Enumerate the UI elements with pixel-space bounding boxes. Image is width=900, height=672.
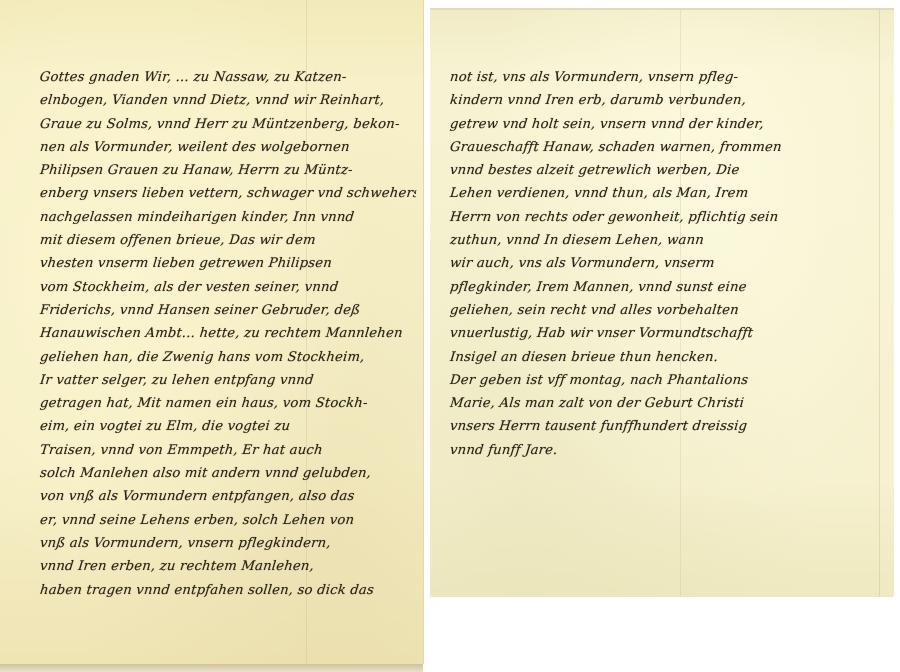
text-line: Insigel an diesen brieue thun hencken. xyxy=(449,346,881,369)
text-line: haben tragen vnnd entpfahen sollen, so d… xyxy=(39,579,417,602)
handwritten-text-block: Von Gottes gnaden Wir, ... zu Nassaw, zu… xyxy=(40,66,416,602)
text-line: solch Manlehen also mit andern vnnd gelu… xyxy=(39,462,417,485)
text-line: Graueschafft Hanaw, schaden warnen, from… xyxy=(449,136,881,159)
text-line: vnsers Herrn tausent funffhundert dreiss… xyxy=(449,415,881,438)
text-line: Herrn von rechts oder gewonheit, pflicht… xyxy=(449,206,881,229)
manuscript-page-right: not ist, vns als Vormundern, vnsern pfle… xyxy=(430,8,894,597)
text-line: vnnd funff Jare. xyxy=(449,439,881,462)
text-line: Lehen verdienen, vnnd thun, als Man, Ire… xyxy=(449,182,881,205)
text-line: zuthun, vnnd In diesem Lehen, wann xyxy=(449,229,881,252)
text-line: Ir vatter selger, zu lehen entpfang vnnd xyxy=(39,369,417,392)
text-line: nen als Vormunder, weilent des wolgeborn… xyxy=(39,136,417,159)
text-line: Graue zu Solms, vnnd Herr zu Müntzenberg… xyxy=(39,113,417,136)
text-line: mit diesem offenen brieue, Das wir dem xyxy=(39,229,417,252)
text-line: enberg vnsers lieben vettern, schwager v… xyxy=(39,182,417,205)
text-line: kindern vnnd Iren erb, darumb verbunden, xyxy=(449,89,881,112)
text-line: nachgelassen mindeiharigen kinder, Inn v… xyxy=(39,206,417,229)
text-line: Philipsen Grauen zu Hanaw, Herrn zu Münt… xyxy=(39,159,417,182)
text-line: vnß als Vormundern, vnsern pflegkindern, xyxy=(39,532,417,555)
text-line: eim, ein vogtei zu Elm, die vogtei zu xyxy=(39,415,417,438)
text-line: Marie, Als man zalt von der Geburt Chris… xyxy=(449,392,881,415)
handwritten-text-block: not ist, vns als Vormundern, vnsern pfle… xyxy=(450,66,880,462)
text-line: vnnd bestes alzeit getrewlich werben, Di… xyxy=(449,159,881,182)
text-line: Hanauwischen Ambt... hette, zu rechtem M… xyxy=(39,322,417,345)
text-line: vom Stockheim, als der vesten seiner, vn… xyxy=(39,276,417,299)
text-line: elnbogen, Vianden vnnd Dietz, vnnd wir R… xyxy=(39,89,417,112)
text-line: Traisen, vnnd von Emmpeth, Er hat auch xyxy=(39,439,417,462)
text-line: Von Gottes gnaden Wir, ... zu Nassaw, zu… xyxy=(39,66,417,89)
text-line: geliehen han, die Zwenig hans vom Stockh… xyxy=(39,346,417,369)
text-line: Friderichs, vnnd Hansen seiner Gebruder,… xyxy=(39,299,417,322)
text-line: getragen hat, Mit namen ein haus, vom St… xyxy=(39,392,417,415)
text-line: getrew vnd holt sein, vnsern vnnd der ki… xyxy=(449,113,881,136)
text-line: pflegkinder, Irem Mannen, vnnd sunst ein… xyxy=(449,276,881,299)
text-line: not ist, vns als Vormundern, vnsern pfle… xyxy=(449,66,881,89)
text-line: er, vnnd seine Lehens erben, solch Lehen… xyxy=(39,509,417,532)
text-line: vnnd Iren erben, zu rechtem Manlehen, xyxy=(39,555,417,578)
text-line: von vnß als Vormundern entpfangen, also … xyxy=(39,485,417,508)
text-line: vnuerlustig, Hab wir vnser Vormundtschaf… xyxy=(449,322,881,345)
text-line: geliehen, sein recht vnd alles vorbehalt… xyxy=(449,299,881,322)
text-line: wir auch, vns als Vormundern, vnserm xyxy=(449,252,881,275)
manuscript-page-left: Von Gottes gnaden Wir, ... zu Nassaw, zu… xyxy=(0,0,424,664)
text-line: Der geben ist vff montag, nach Phantalio… xyxy=(449,369,881,392)
text-line: vhesten vnserm lieben getrewen Philipsen xyxy=(39,252,417,275)
